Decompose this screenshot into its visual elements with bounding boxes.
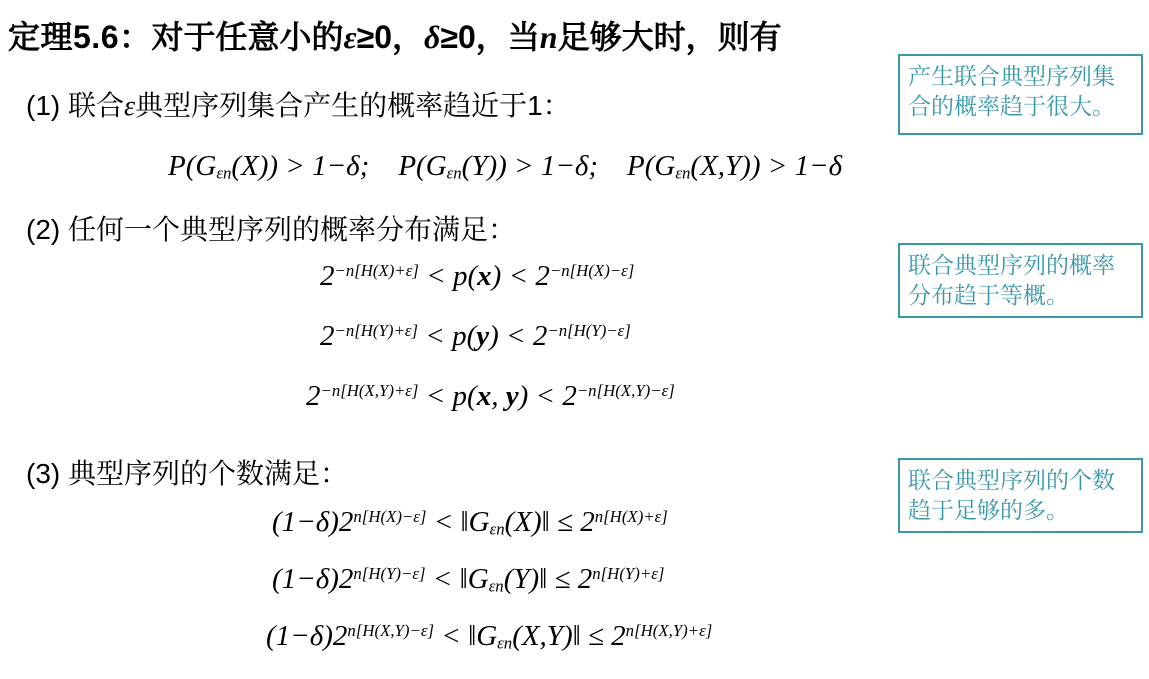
item-3-formula-count-xy: (1−δ)2n[H(X,Y)−ε] < ‖Gεn(X,Y)‖ ≤ 2n[H(X,… — [266, 619, 712, 654]
item-2-heading: (2) 任何一个典型序列的概率分布满足： — [26, 208, 516, 248]
theorem-slide: 定理5.6：对于任意小的ε≥0，δ≥0，当n足够大时，则有 (1) 联合ε典型序… — [0, 0, 1149, 679]
item-3-formula-count-y: (1−δ)2n[H(Y)−ε] < ‖Gεn(Y)‖ ≤ 2n[H(Y)+ε] — [272, 562, 664, 597]
item-1-formula-probability: P(Gεn(X)) > 1−δ; P(Gεn(Y)) > 1−δ; P(Gεn(… — [168, 149, 842, 184]
item-3-heading: (3) 典型序列的个数满足： — [26, 452, 348, 492]
callout-probability-note: 产生联合典型序列集合的概率趋于很大。 — [898, 54, 1143, 135]
theorem-statement: 对于任意小的ε≥0，δ≥0，当n足够大时，则有 — [152, 19, 782, 55]
callout-equiprobable-note-text: 联合典型序列的概率分布趋于等概。 — [908, 252, 1115, 308]
item-2-formula-px: 2−n[H(X)+ε] < p(x) < 2−n[H(X)−ε] — [320, 259, 634, 294]
page-title: 定理5.6：对于任意小的ε≥0，δ≥0，当n足够大时，则有 — [8, 12, 782, 58]
callout-count-note: 联合典型序列的个数趋于足够的多。 — [898, 458, 1143, 533]
item-2-formula-py: 2−n[H(Y)+ε] < p(y) < 2−n[H(Y)−ε] — [320, 319, 631, 354]
item-2-formula-pxy: 2−n[H(X,Y)+ε] < p(x, y) < 2−n[H(X,Y)−ε] — [306, 379, 675, 414]
item-1-heading: (1) 联合ε典型序列集合产生的概率趋近于1： — [26, 84, 571, 124]
callout-count-note-text: 联合典型序列的个数趋于足够的多。 — [908, 467, 1115, 523]
theorem-number-label: 定理5.6： — [8, 19, 152, 55]
callout-equiprobable-note: 联合典型序列的概率分布趋于等概。 — [898, 243, 1143, 318]
item-3-formula-count-x: (1−δ)2n[H(X)−ε] < ‖Gεn(X)‖ ≤ 2n[H(X)+ε] — [272, 505, 668, 540]
callout-probability-note-text: 产生联合典型序列集合的概率趋于很大。 — [908, 63, 1115, 119]
